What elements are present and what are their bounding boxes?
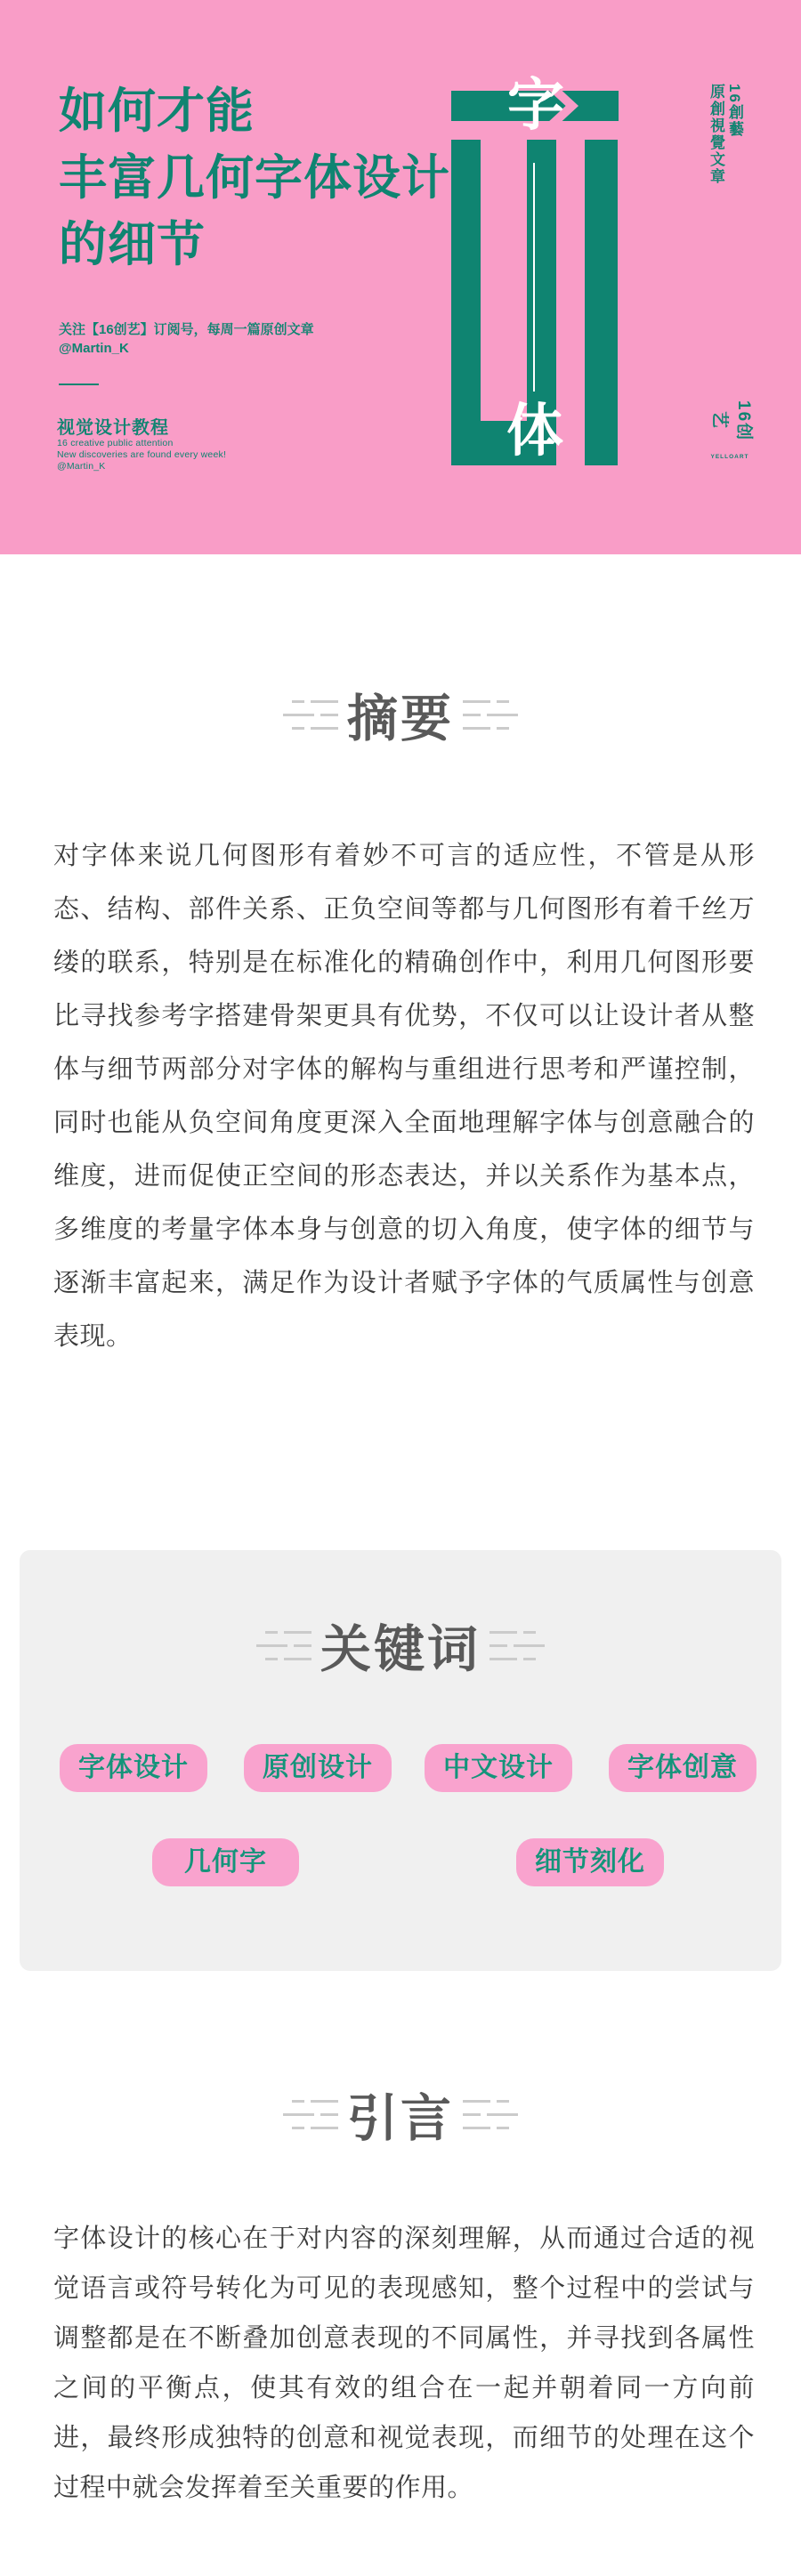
hero-banner: 如何才能 丰富几何字体设计 的细节 关注【16创艺】订阅号，每周一篇原创文章 @… [0, 0, 801, 554]
brand-tagline-line-1: 16 creative public attention [57, 438, 226, 449]
glyph-character-zi: 字 [499, 75, 572, 137]
keywords-heading-text: 关键词 [320, 1609, 481, 1682]
glyph-vertical-bar-right [585, 140, 618, 465]
author-handle: @Martin_K [59, 339, 314, 358]
heading-deco-lines-right [489, 1631, 545, 1660]
glyph-thin-white-line [533, 163, 535, 392]
brand-tagline-line-2: New discoveries are found every week! [57, 449, 226, 461]
intro-heading-text: 引言 [347, 2078, 454, 2151]
abstract-paragraph: 对字体来说几何图形有着妙不可言的适应性，不管是从形态、结构、部件关系、正负空间等… [53, 829, 755, 1363]
brand-logo: 16创艺 YELLOART [709, 392, 750, 460]
keyword-tag-font-design[interactable]: 字体设计 [60, 1744, 207, 1792]
brand-logo-mark: 16创艺 [709, 392, 757, 450]
header-divider [59, 384, 99, 385]
heading-deco-lines-left [256, 1631, 311, 1660]
keyword-tag-original-design[interactable]: 原创设计 [244, 1744, 392, 1792]
keyword-tag-chinese-design[interactable]: 中文设计 [425, 1744, 572, 1792]
glyph-character-ti: 体 [498, 399, 572, 464]
title-line-3: 的细节 [59, 212, 450, 279]
article-page: 如何才能 丰富几何字体设计 的细节 关注【16创艺】订阅号，每周一篇原创文章 @… [0, 0, 801, 2576]
abstract-heading: 摘要 [0, 678, 801, 751]
heading-deco-lines-left [283, 700, 338, 730]
brand-tagline: 16 creative public attention New discove… [57, 438, 226, 472]
keyword-tag-detail-refinement[interactable]: 细节刻化 [516, 1838, 664, 1886]
intro-paragraph: 字体设计的核心在于对内容的深刻理解，从而通过合适的视觉语言或符号转化为可见的表现… [53, 2214, 755, 2513]
title-line-2: 丰富几何字体设计 [59, 145, 450, 212]
intro-heading: 引言 [0, 2078, 801, 2151]
vertical-caption-col-2: 原創視覺文章 [707, 84, 725, 226]
brand-tagline-line-3: @Martin_K [57, 461, 226, 472]
heading-deco-lines-left [283, 2100, 338, 2129]
vertical-caption-col-1: 16創藝 [725, 84, 744, 226]
glyph-vertical-bar-left [451, 140, 481, 465]
title-line-1: 如何才能 [59, 78, 450, 145]
subscribe-note: 关注【16创艺】订阅号，每周一篇原创文章 @Martin_K [59, 320, 314, 358]
vertical-caption: 16創藝 原創視覺文章 [707, 84, 744, 226]
keyword-tag-geometric-type[interactable]: 几何字 [152, 1838, 299, 1886]
article-title: 如何才能 丰富几何字体设计 的细节 [59, 78, 450, 279]
heading-deco-lines-right [463, 700, 518, 730]
heading-deco-lines-right [463, 2100, 518, 2129]
brand-logo-caption: YELLOART [709, 454, 750, 460]
subscribe-note-line: 关注【16创艺】订阅号，每周一篇原创文章 [59, 320, 314, 339]
abstract-heading-text: 摘要 [347, 678, 454, 751]
brand-title: 视觉设计教程 [57, 413, 169, 439]
keyword-tag-font-creativity[interactable]: 字体创意 [609, 1744, 756, 1792]
keywords-heading: 关键词 [0, 1609, 801, 1682]
